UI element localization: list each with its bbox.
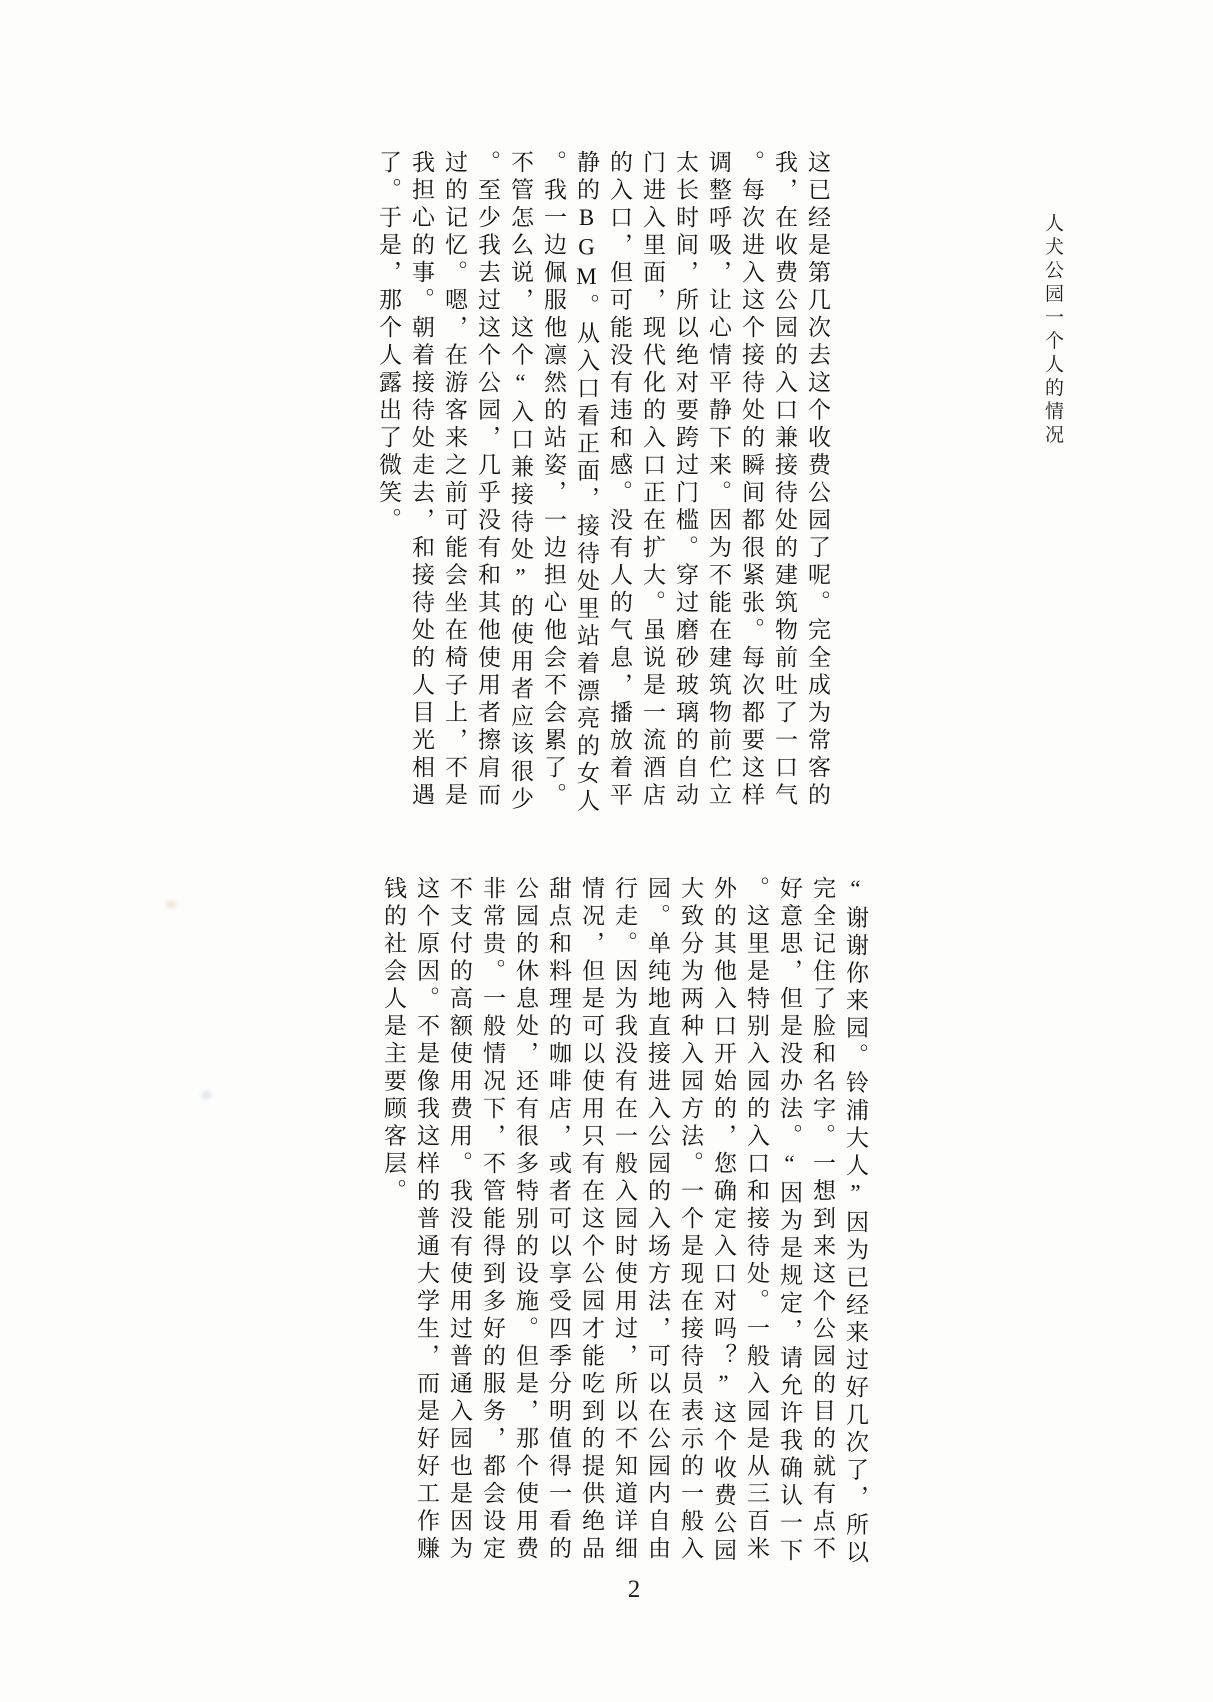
scan-artifact	[201, 1091, 212, 1099]
text-column: 这已经是第几次去这个收费公园了呢。完全成为常客的	[801, 150, 834, 810]
text-column: 的入口，但可能没有违和感。没有人的气息，播放着平	[603, 150, 636, 810]
text-block-1: 这已经是第几次去这个收费公园了呢。完全成为常客的 我，在收费公园的入口兼接待处的…	[372, 150, 834, 810]
text-column: 。我一边佩服他凛然的站姿，一边担心他会不会累了。	[537, 150, 570, 810]
text-column: 过的记忆。嗯，在游客来之前可能会坐在椅子上，不是	[438, 150, 471, 810]
text-column: 我担心的事。朝着接待处走去，和接待处的人目光相遇	[405, 150, 438, 810]
text-column: 不管怎么说，这个“入口兼接待处”的使用者应该很少	[504, 150, 537, 810]
text-column: 。至少我去过这个公园，几乎没有和其他使用者擦肩而	[471, 150, 504, 810]
text-column: 外的其他入口开始的，您确定入口对吗？”这个收费公园	[707, 876, 740, 1566]
text-column: 行走。因为我没有在一般入园时使用过，所以不知道详细	[608, 876, 641, 1566]
text-column: 太长时间，所以绝对要跨过门槛。穿过磨砂玻璃的自动	[669, 150, 702, 810]
text-column: 大致分为两种入园方法。一个是现在接待员表示的一般入	[674, 876, 707, 1566]
text-column: 我，在收费公园的入口兼接待处的建筑物前吐了一口气	[768, 150, 801, 810]
text-column: 。这里是特别入园的入口和接待处。一般入园是从三百米	[740, 876, 773, 1566]
text-column: 不支付的高额使用费用。我没有使用过普通入园也是因为	[443, 876, 476, 1566]
text-column: 门进入里面，现代化的入口正在扩大。虽说是一流酒店	[636, 150, 669, 810]
running-title: 人犬公园一个人的情况	[1039, 213, 1065, 448]
text-column: 情况，但是可以使用只有在这个公园才能吃到的提供绝品	[575, 876, 608, 1566]
scanned-book-page: 人犬公园一个人的情况 这已经是第几次去这个收费公园了呢。完全成为常客的 我，在收…	[0, 0, 1213, 1702]
text-block-2: “谢谢你来园。铃浦大人”因为已经来过好几次了，所以 完全记住了脸和名字。一想到来…	[377, 876, 872, 1566]
text-column: “谢谢你来园。铃浦大人”因为已经来过好几次了，所以	[839, 876, 872, 1566]
text-column: 公园的休息处，还有很多特别的设施。但是，那个使用费	[509, 876, 542, 1566]
text-column: 甜点和料理的咖啡店，或者可以享受四季分明值得一看的	[542, 876, 575, 1566]
text-column: 了。于是，那个人露出了微笑。	[372, 150, 405, 810]
text-column: 钱的社会人是主要顾客层。	[377, 876, 410, 1566]
text-column: 完全记住了脸和名字。一想到来这个公园的目的就有点不	[806, 876, 839, 1566]
text-column: 非常贵。一般情况下，不管能得到多好的服务，都会设定	[476, 876, 509, 1566]
scan-artifact	[166, 901, 176, 908]
text-column: 这个原因。不是像我这样的普通大学生，而是好好工作赚	[410, 876, 443, 1566]
text-column: 调整呼吸，让心情平静下来。因为不能在建筑物前伫立	[702, 150, 735, 810]
text-column: 园。单纯地直接进入公园的入场方法，可以在公园内自由	[641, 876, 674, 1566]
text-column: 静的BGM。从入口看正面，接待处里站着漂亮的女人	[570, 150, 603, 810]
text-column: 好意思，但是没办法。“因为是规定，请允许我确认一下	[773, 876, 806, 1566]
text-column: 。每次进入这个接待处的瞬间都很紧张。每次都要这样	[735, 150, 768, 810]
page-number: 2	[614, 1576, 654, 1604]
